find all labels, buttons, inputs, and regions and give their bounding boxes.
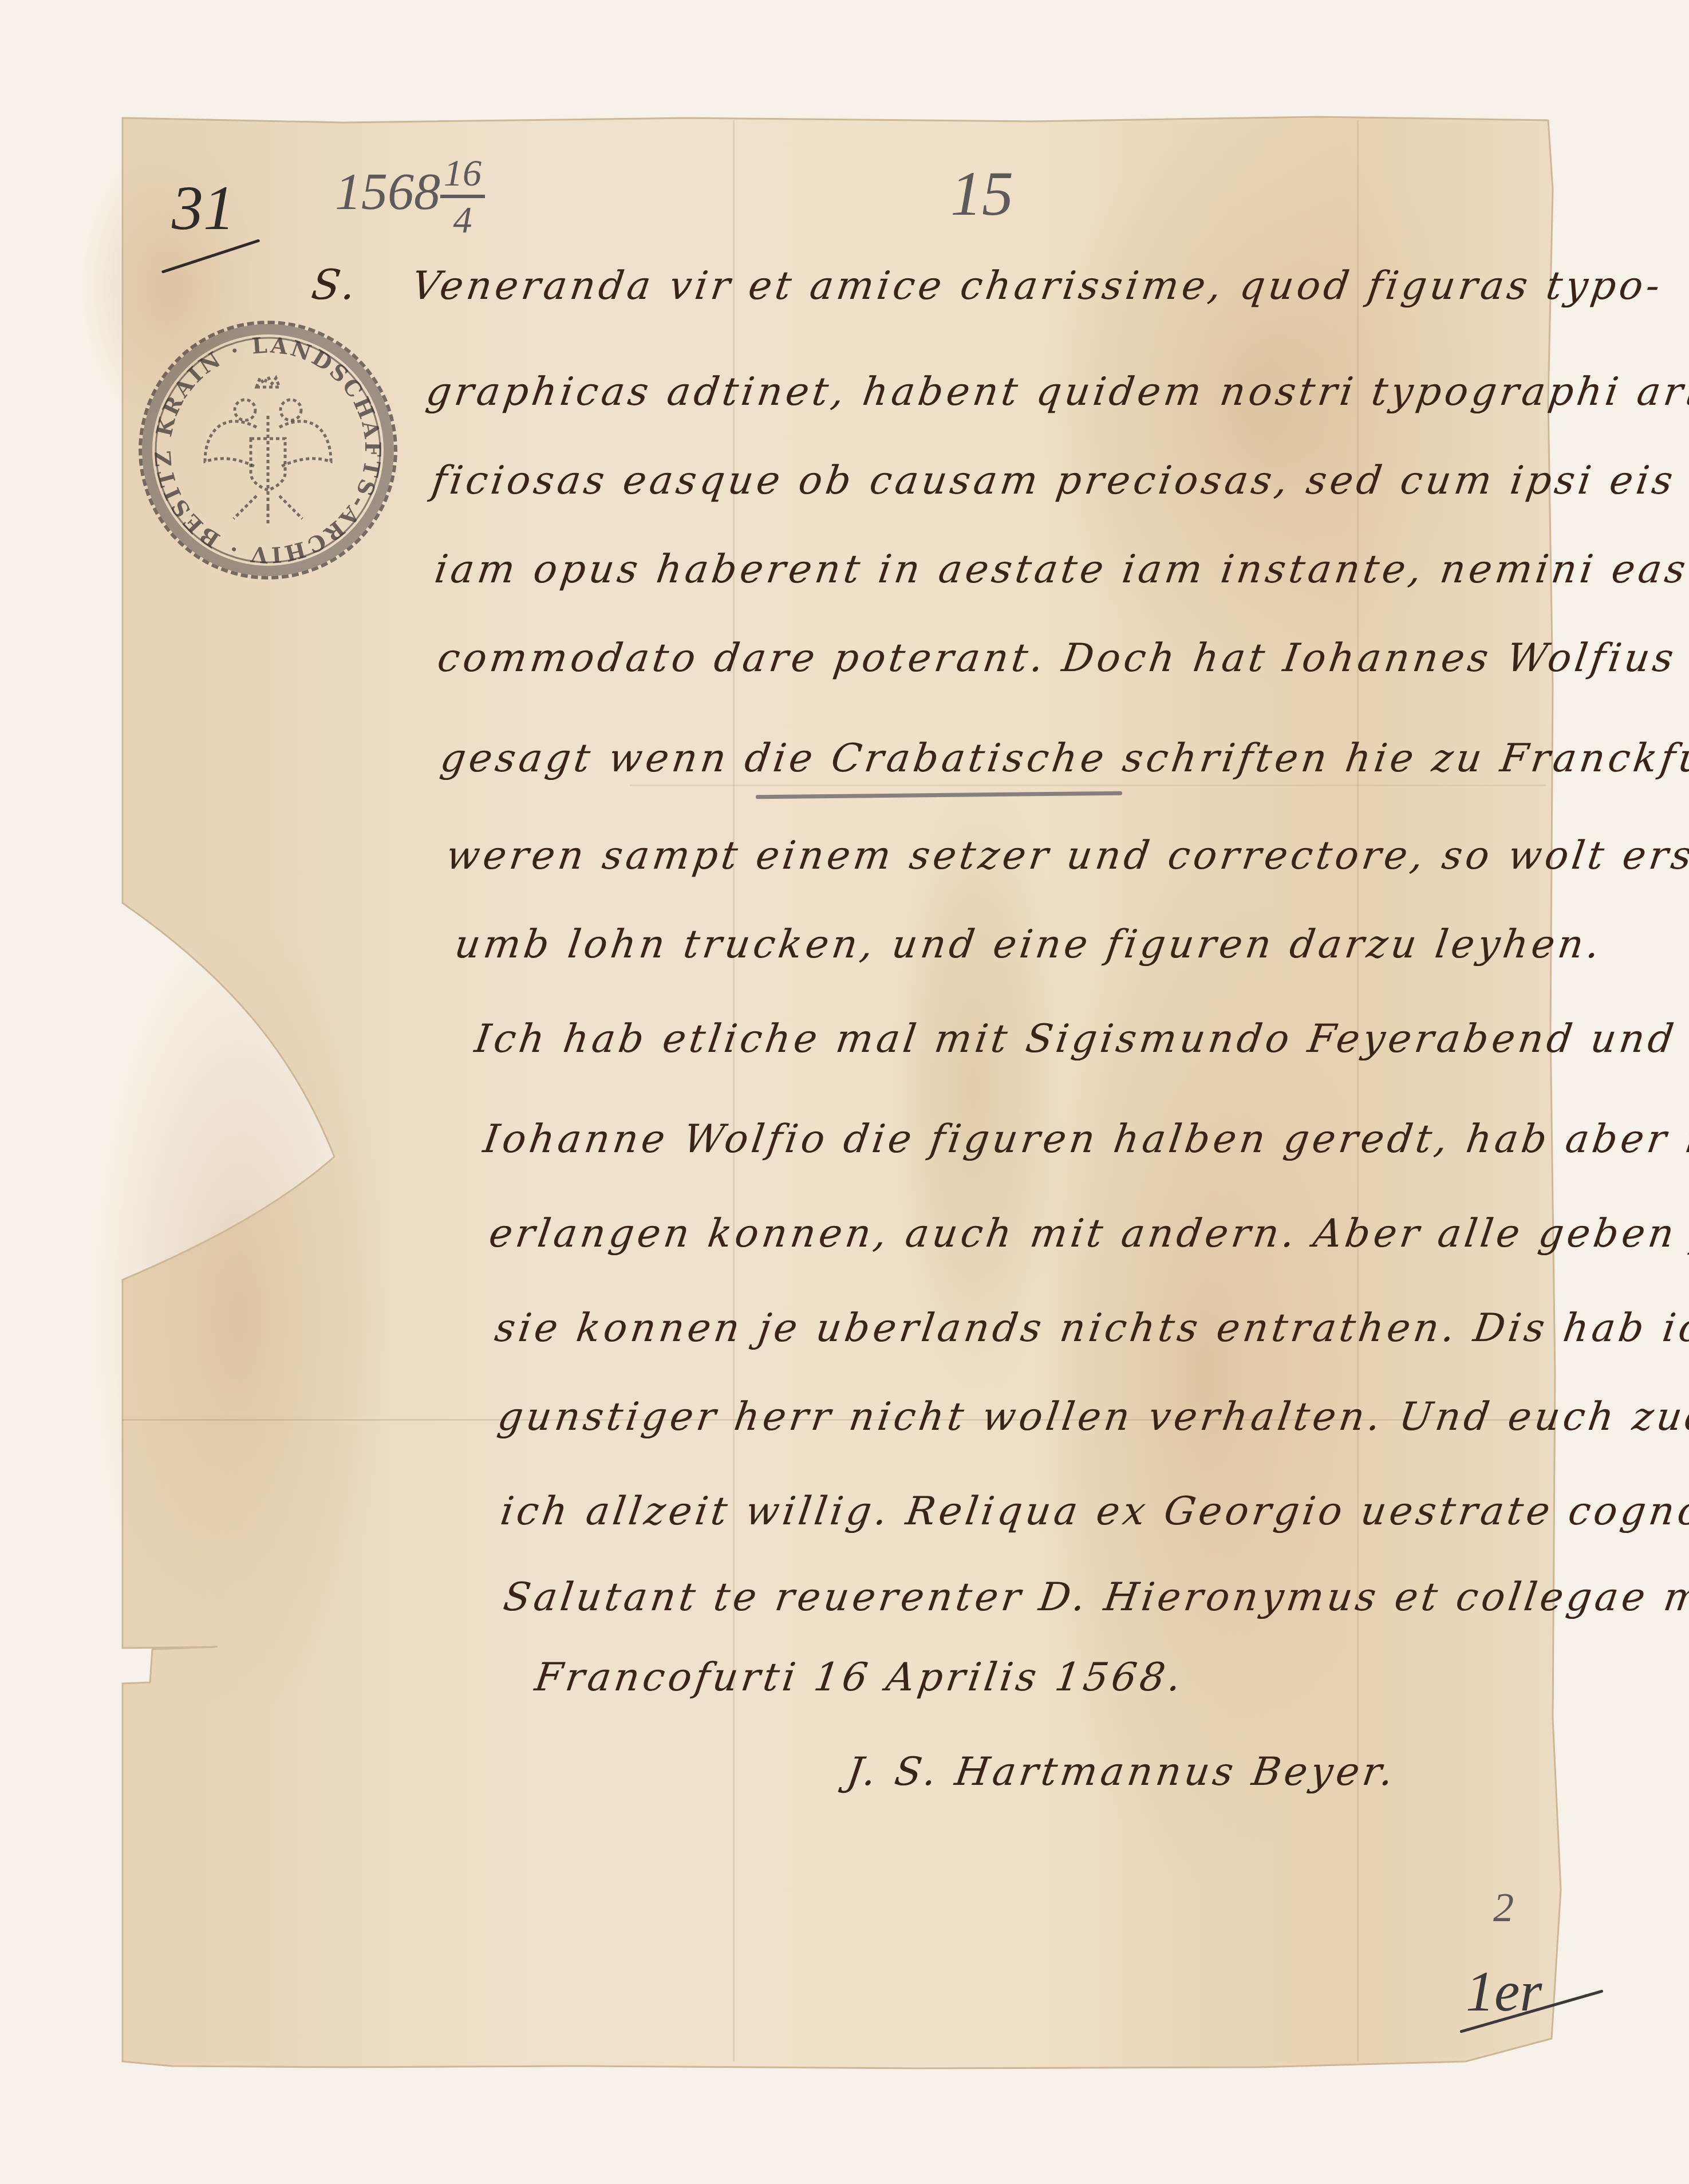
archive-seal: KRAIN · LANDSCHAFTS-ARCHIV · BESITZ xyxy=(139,321,397,579)
place-date-line: Francofurti 16 Aprilis 1568. xyxy=(532,1655,1187,1700)
letter-line: gunstiger herr nicht wollen verhalten. U… xyxy=(495,1394,1689,1440)
fold-line-horizontal xyxy=(630,784,1546,786)
letter-line: sie konnen je uberlands nichts entrathen… xyxy=(492,1306,1689,1351)
letter-line: commodato dare poterant. Doch hat Iohann… xyxy=(435,636,1679,681)
salutation-mark: S. xyxy=(309,261,362,309)
letter-line: ficiosas easque ob causam preciosas, sed… xyxy=(429,458,1679,503)
item-number: 15 xyxy=(950,157,1013,230)
corner-mark: 1er xyxy=(1466,1958,1542,2024)
signature: J. S. Hartmannus Beyer. xyxy=(844,1749,1399,1795)
letter-line: Veneranda vir et amice charissime, quod … xyxy=(409,263,1666,309)
letter-line: erlangen konnen, auch mit andern. Aber a… xyxy=(486,1211,1689,1256)
letter-line: Ich hab etliche mal mit Sigismundo Feyer… xyxy=(472,1016,1679,1062)
letter-line: Salutant te reuerenter D. Hieronymus et … xyxy=(500,1575,1689,1620)
page-mark: 2 xyxy=(1493,1884,1514,1931)
folio-number: 31 xyxy=(172,172,235,245)
letter-line: Iohanne Wolfio die figuren halben geredt… xyxy=(480,1117,1689,1162)
archive-seal-eagle-icon: KRAIN · LANDSCHAFTS-ARCHIV · BESITZ xyxy=(142,324,394,576)
archive-date: 1568164 xyxy=(335,155,485,239)
letter-line: iam opus haberent in aestate iam instant… xyxy=(432,547,1689,592)
letter-line: gesagt wenn die Crabatische schriften hi… xyxy=(437,736,1689,781)
letter-line: weren sampt einem setzer und correctore,… xyxy=(443,833,1689,878)
letter-line: graphicas adtinet, habent quidem nostri … xyxy=(423,369,1689,415)
letter-line: ich allzeit willig. Reliqua ex Georgio u… xyxy=(498,1489,1689,1534)
letter-line: umb lohn trucken, und eine figuren darzu… xyxy=(452,922,1605,967)
date-fraction: 164 xyxy=(440,155,485,239)
